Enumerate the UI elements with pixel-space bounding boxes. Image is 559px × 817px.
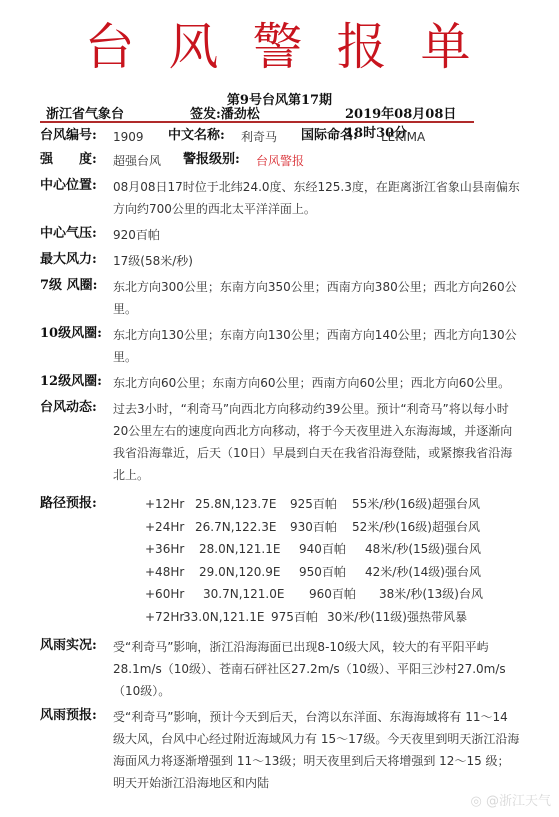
track-row: +36Hr28.0N,121.1E940百帕48米/秒(15级)强台风 (145, 538, 483, 561)
track-position: 33.0N,121.1E (183, 606, 271, 628)
track-time: +48Hr (145, 561, 199, 583)
row-number: 台风编号: 1909 中文名称: 利奇马 国际命名: LEKIMA (40, 126, 520, 148)
intl-name: LEKIMA (381, 126, 520, 148)
track-position: 29.0N,120.9E (199, 561, 299, 583)
row-value: 受“利奇马”影响，预计今天到后天，台湾以东洋面、东海海域将有 11～14 级大风… (113, 706, 520, 794)
track-row: +12Hr25.8N,123.7E925百帕55米/秒(16级)超强台风 (145, 493, 483, 516)
row-label: 7级 风圈: (40, 276, 113, 320)
row-value: 17级(58米/秒) (113, 250, 520, 272)
weibo-watermark: ◎ @浙江天气 (471, 790, 552, 809)
track-time: +12Hr (145, 493, 195, 515)
weibo-icon: ◎ (471, 794, 486, 809)
track-time: +72Hr (145, 606, 183, 628)
row-label: 风雨预报: (40, 706, 113, 794)
header-meta: 浙江省气象台 签发:潘劲松 2019年08月08日 18时30分 (40, 103, 474, 123)
track-pressure: 925百帕 (290, 493, 352, 515)
alert-level-label: 警报级别: (183, 150, 256, 172)
track-position: 25.8N,123.7E (195, 493, 290, 515)
track-time: +60Hr (145, 583, 203, 605)
track-row: +24Hr26.7N,122.3E930百帕52米/秒(16级)超强台风 (145, 516, 483, 539)
signer: 签发:潘劲松 (190, 103, 260, 122)
row-dynamics: 台风动态: 过去3小时，“利奇马”向西北方向移动约39公里。预计“利奇马”将以每… (40, 398, 520, 486)
page-title: 台风警报单 (0, 12, 559, 82)
alert-level: 台风警报 (256, 150, 520, 172)
track-pressure: 930百帕 (290, 516, 352, 538)
cn-name: 利奇马 (241, 126, 301, 148)
row-observed-weather: 风雨实况: 受“利奇马”影响，浙江沿海海面已出现8-10级大风，较大的有平阳平屿… (40, 636, 520, 702)
row-center-position: 中心位置: 08月08日17时位于北纬24.0度、东经125.3度，在距离浙江省… (40, 176, 520, 220)
track-position: 28.0N,121.1E (199, 538, 299, 560)
track-pressure: 960百帕 (309, 583, 379, 605)
track-pressure: 940百帕 (299, 538, 365, 560)
track-row: +60Hr30.7N,121.0E960百帕38米/秒(13级)台风 (145, 583, 483, 606)
row-value: 东北方向300公里；东南方向350公里；西南方向380公里；西北方向260公里。 (113, 276, 520, 320)
row-value: 08月08日17时位于北纬24.0度、东经125.3度，在距离浙江省象山县南偏东… (113, 176, 520, 220)
track-wind: 38米/秒(13级)台风 (379, 587, 483, 601)
row-intensity: 强 度: 超强台风 警报级别: 台风警报 (40, 150, 520, 172)
row-value: 东北方向60公里；东南方向60公里；西南方向60公里；西北方向60公里。 (113, 372, 520, 394)
agency: 浙江省气象台 (46, 103, 124, 122)
track-time: +36Hr (145, 538, 199, 560)
number-label: 台风编号: (40, 126, 113, 148)
row-label: 台风动态: (40, 398, 113, 486)
track-wind: 48米/秒(15级)强台风 (365, 542, 481, 556)
track-row: +72Hr33.0N,121.1E975百帕30米/秒(11级)强热带风暴 (145, 606, 483, 629)
track-wind: 55米/秒(16级)超强台风 (352, 497, 480, 511)
cn-name-label: 中文名称: (168, 126, 241, 148)
intensity-label: 强 度: (40, 150, 113, 172)
row-label: 最大风力: (40, 250, 113, 272)
row-max-wind: 最大风力: 17级(58米/秒) (40, 250, 520, 272)
track-row: +48Hr29.0N,120.9E950百帕42米/秒(14级)强台风 (145, 561, 483, 584)
row-pressure: 中心气压: 920百帕 (40, 224, 520, 246)
track-pressure: 975百帕 (271, 606, 327, 628)
track-forecast-table: +12Hr25.8N,123.7E925百帕55米/秒(16级)超强台风 +24… (145, 493, 483, 628)
weather-block: 风雨实况: 受“利奇马”影响，浙江沿海海面已出现8-10级大风，较大的有平阳平屿… (40, 632, 520, 794)
watermark-text: @浙江天气 (486, 794, 551, 809)
row-value: 920百帕 (113, 224, 520, 246)
row-value: 过去3小时，“利奇马”向西北方向移动约39公里。预计“利奇马”将以每小时20公里… (113, 398, 520, 486)
typhoon-number: 1909 (113, 126, 168, 148)
row-label: 风雨实况: (40, 636, 113, 702)
track-position: 26.7N,122.3E (195, 516, 290, 538)
intl-name-label: 国际命名: (301, 126, 381, 148)
info-block: 台风编号: 1909 中文名称: 利奇马 国际命名: LEKIMA 强 度: 超… (40, 122, 520, 486)
row-label: 中心气压: (40, 224, 113, 246)
track-forecast-label: 路径预报: (40, 493, 97, 515)
track-wind: 52米/秒(16级)超强台风 (352, 520, 480, 534)
row-label: 12级风圈: (40, 372, 113, 394)
track-position: 30.7N,121.0E (203, 583, 309, 605)
track-pressure: 950百帕 (299, 561, 365, 583)
row-label: 10级风圈: (40, 324, 113, 368)
intensity: 超强台风 (113, 150, 183, 172)
row-value: 受“利奇马”影响，浙江沿海海面已出现8-10级大风，较大的有平阳平屿 28.1m… (113, 636, 520, 702)
row-wind-circle-12: 12级风圈: 东北方向60公里；东南方向60公里；西南方向60公里；西北方向60… (40, 372, 520, 394)
track-time: +24Hr (145, 516, 195, 538)
row-value: 东北方向130公里；东南方向130公里；西南方向140公里；西北方向130公里。 (113, 324, 520, 368)
row-wind-circle-10: 10级风圈: 东北方向130公里；东南方向130公里；西南方向140公里；西北方… (40, 324, 520, 368)
row-weather-forecast: 风雨预报: 受“利奇马”影响，预计今天到后天，台湾以东洋面、东海海域将有 11～… (40, 706, 520, 794)
row-wind-circle-7: 7级 风圈: 东北方向300公里；东南方向350公里；西南方向380公里；西北方… (40, 276, 520, 320)
track-wind: 30米/秒(11级)强热带风暴 (327, 610, 467, 624)
row-label: 中心位置: (40, 176, 113, 220)
track-wind: 42米/秒(14级)强台风 (365, 565, 481, 579)
